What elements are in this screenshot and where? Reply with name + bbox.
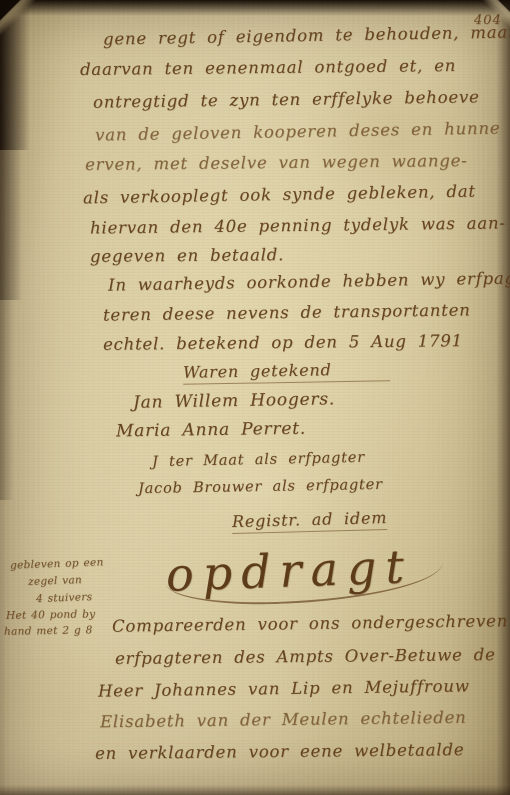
page-corner-topleft <box>0 0 90 60</box>
binding-gutter <box>0 300 14 500</box>
registration-line: Registr. ad idem <box>232 508 388 534</box>
manuscript-line: erfpagteren des Ampts Over-Betuwe de <box>115 645 496 668</box>
registration-text: Registr. ad idem <box>232 508 388 534</box>
deed-date-line: echtel. betekend op den 5 Aug 1791 <box>103 331 463 354</box>
manuscript-line: gegeven en betaald. <box>90 245 284 266</box>
manuscript-line: erven, met deselve van wegen waange- <box>85 151 468 174</box>
deed-heading-text: opdragt <box>165 538 444 608</box>
margin-note-line: zegel van <box>28 574 82 588</box>
margin-note-line: 4 stuivers <box>36 591 93 605</box>
photo-edge-bottom <box>0 785 510 795</box>
margin-note-line: Het 40 pond by <box>6 608 96 622</box>
deed-heading: opdragt <box>165 538 444 608</box>
manuscript-line: en verklaarden voor eene welbetaalde <box>95 740 465 763</box>
binding-gutter <box>0 150 22 300</box>
attestation-text: Waren getekend <box>183 359 390 385</box>
manuscript-photo: 404 gene regt of eigendom te behouden, m… <box>0 0 510 795</box>
signature: Maria Anna Perret. <box>116 419 306 442</box>
attestation-line: Waren getekend <box>183 359 390 385</box>
manuscript-line: daarvan ten eenenmaal ontgoed et, en <box>80 56 456 79</box>
signature: Jan Willem Hoogers. <box>133 389 335 413</box>
margin-note-line: hand met 2 g 8 <box>4 624 93 638</box>
